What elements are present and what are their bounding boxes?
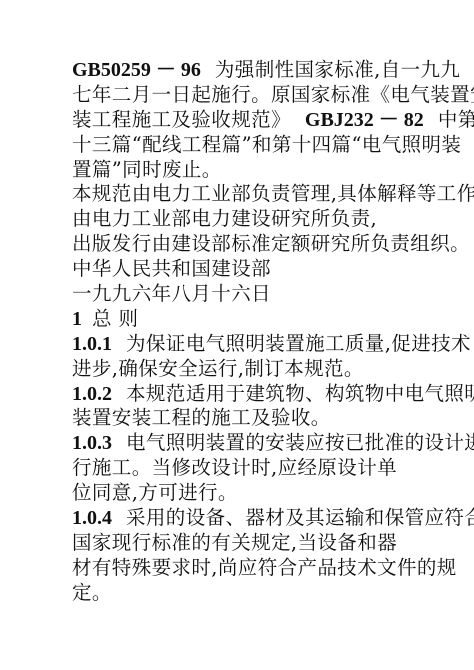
standard-intro-line-5: 置篇”同时废止。 bbox=[72, 158, 412, 183]
clause-number: 1.0.1 bbox=[72, 333, 112, 355]
clause-1-0-2: 1.0.2本规范适用于建筑物、构筑物中电气照明 bbox=[72, 382, 412, 407]
management-line-2: 由电力工业部电力建设研究所负责, bbox=[72, 207, 412, 232]
clause-1-0-1-cont: 进步,确保安全运行,制订本规范。 bbox=[72, 357, 412, 382]
management-line-3: 出版发行由建设部标准定额研究所负责组织。 bbox=[72, 232, 412, 257]
issue-date: 一九九六年八月十六日 bbox=[72, 282, 412, 307]
clause-1-0-4: 1.0.4采用的设备、器材及其运输和保管应符合 bbox=[72, 506, 412, 531]
clause-number: 1.0.3 bbox=[72, 432, 112, 454]
standard-intro-line-4: 十三篇“配线工程篇”和第十四篇“电气照明装 bbox=[72, 133, 412, 158]
clause-number: 1.0.2 bbox=[72, 383, 112, 405]
clause-1-0-4-cont-2: 材有特殊要求时,尚应符合产品技术文件的规 bbox=[72, 556, 412, 581]
clause-1-0-4-cont-1: 国家现行标准的有关规定,当设备和器 bbox=[72, 531, 412, 556]
issuer: 中华人民共和国建设部 bbox=[72, 257, 412, 282]
standard-intro-line-3: 装工程施工及验收规范》GBJ232 － 82中第 bbox=[72, 108, 412, 133]
management-line-1: 本规范由电力工业部负责管理,具体解释等工作 bbox=[72, 182, 412, 207]
clause-number: 1.0.4 bbox=[72, 507, 112, 529]
standard-intro-line-2: 七年二月一日起施行。原国家标准《电气装置安 bbox=[72, 83, 412, 108]
clause-1-0-3-cont-2: 位同意,方可进行。 bbox=[72, 481, 412, 506]
section-heading: 1总 则 bbox=[72, 307, 412, 332]
clause-1-0-4-cont-3: 定。 bbox=[72, 581, 412, 606]
standard-code: GB50259 － 96 bbox=[72, 59, 201, 81]
section-number: 1 bbox=[72, 308, 82, 330]
old-standard-code: GBJ232 － 82 bbox=[305, 109, 424, 131]
clause-1-0-3: 1.0.3电气照明装置的安装应按已批准的设计进 bbox=[72, 431, 412, 456]
clause-1-0-2-cont: 装置安装工程的施工及验收。 bbox=[72, 406, 412, 431]
section-title: 总 则 bbox=[92, 307, 138, 330]
clause-1-0-1: 1.0.1为保证电气照明装置施工质量,促进技术 bbox=[72, 332, 412, 357]
standard-intro-line-1: GB50259 － 96为强制性国家标准,自一九九 bbox=[72, 58, 412, 83]
document-page: GB50259 － 96为强制性国家标准,自一九九 七年二月一日起施行。原国家标… bbox=[72, 58, 412, 606]
clause-1-0-3-cont-1: 行施工。当修改设计时,应经原设计单 bbox=[72, 456, 412, 481]
